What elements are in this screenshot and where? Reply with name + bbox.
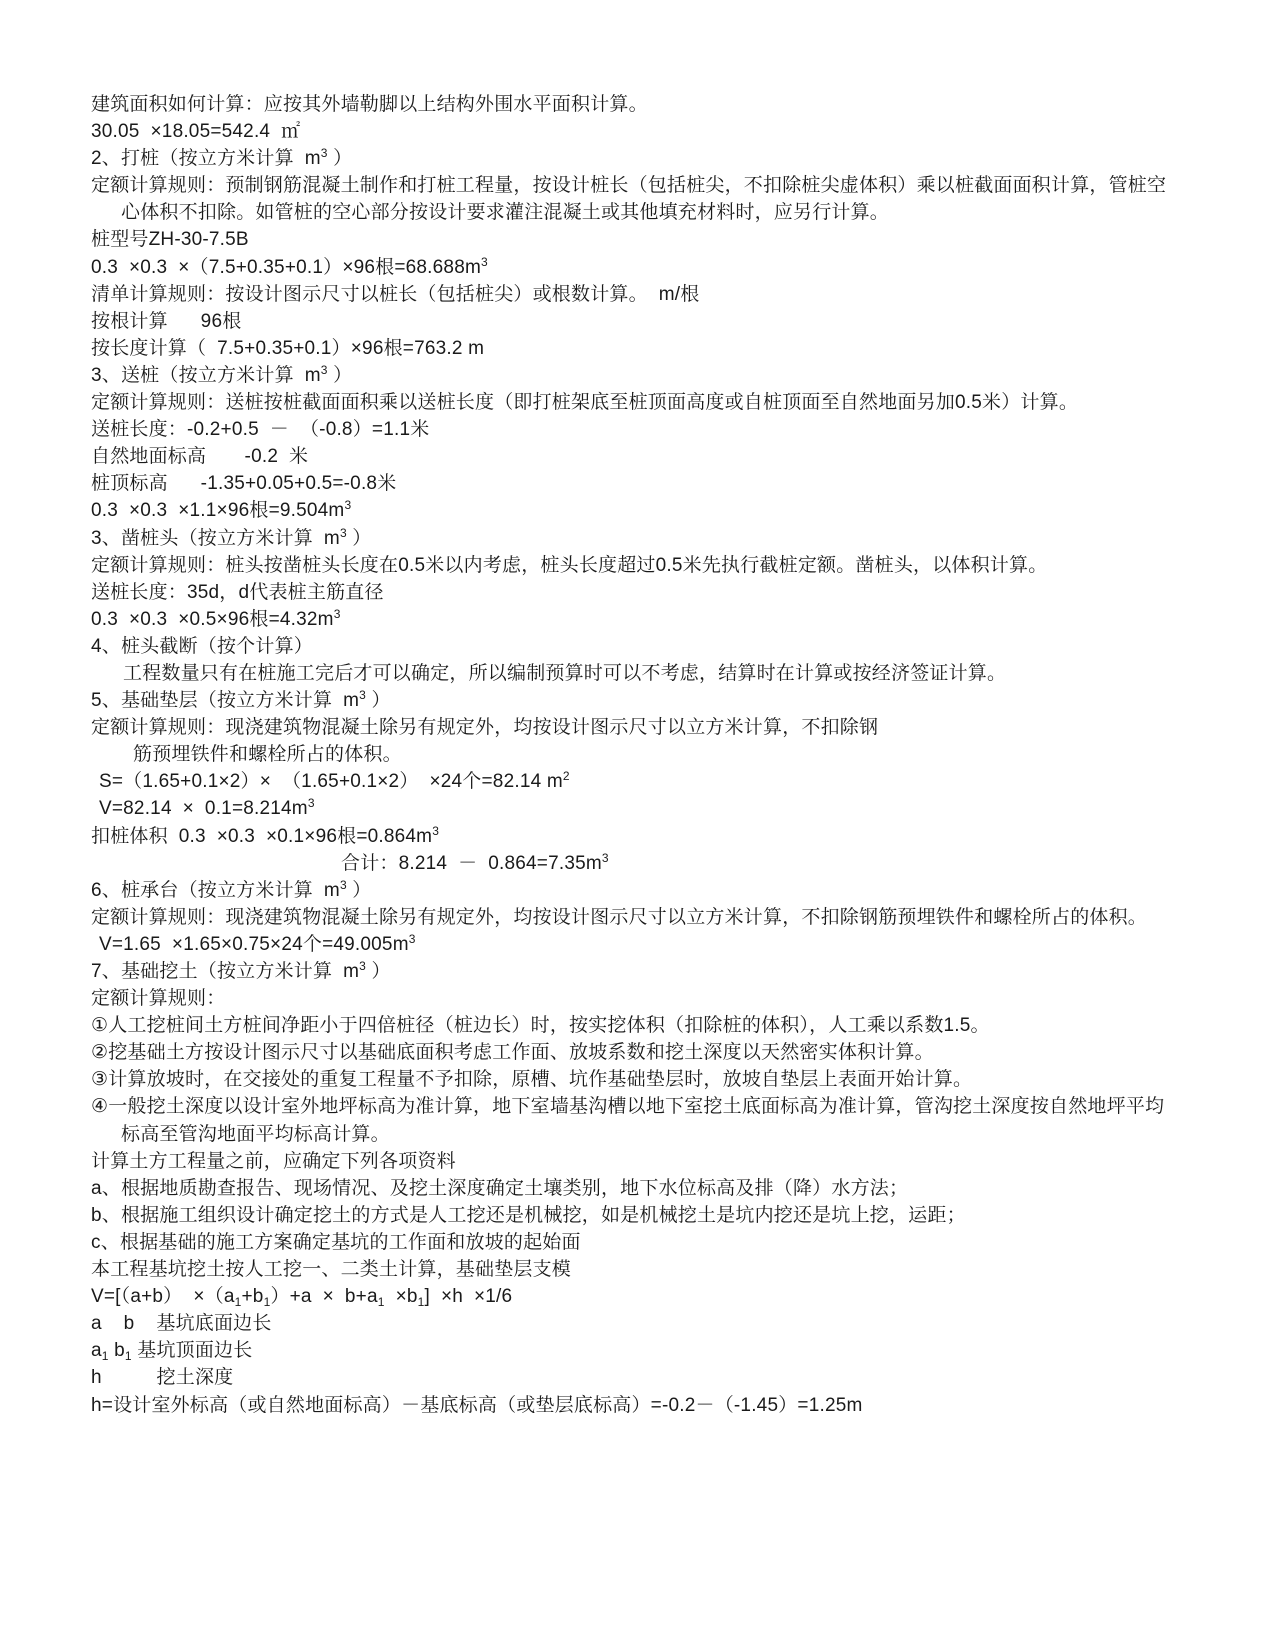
- heading-text: ）: [347, 880, 372, 901]
- bill-rule: 清单计算规则：按设计图示尺寸以桩长（包括桩尖）或根数计算。 m/根: [91, 281, 1181, 308]
- section-2-heading: 2、打桩（按立方米计算 m3 ）: [91, 145, 1181, 172]
- pit-volume-formula: V=[（a+b） ×（a1+b1）+a × b+a1 ×b1] ×h ×1/6: [91, 1283, 1181, 1310]
- formula-text: ）+a × b+a: [270, 1286, 377, 1307]
- formula-text: 0.3 ×0.3 ×0.5×96根=4.32m: [91, 609, 334, 630]
- formula-text: 合计：8.214 － 0.864=7.35m: [341, 853, 602, 874]
- formula-text: b: [109, 1340, 125, 1361]
- natural-ground-elevation: 自然地面标高 -0.2 米: [91, 443, 1181, 470]
- superscript: 3: [602, 851, 609, 865]
- chisel-length: 送桩长度：35d，d代表桩主筋直径: [91, 579, 1181, 606]
- count-by-length: 按长度计算（ 7.5+0.35+0.1）×96根=763.2 m: [91, 335, 1181, 362]
- superscript: 3: [359, 688, 366, 702]
- superscript: 3: [321, 363, 328, 377]
- project-excavation-note: 本工程基坑挖土按人工挖一、二类土计算，基础垫层支模: [91, 1256, 1181, 1283]
- superscript: 3: [481, 255, 488, 269]
- formula-text: 0.3 ×0.3 ×（7.5+0.35+0.1）×96根=68.688m: [91, 257, 481, 278]
- document-page: 建筑面积如何计算：应按其外墙勒脚以上结构外围水平面积计算。 30.05 ×18.…: [91, 91, 1181, 1419]
- sending-pile-volume: 0.3 ×0.3 ×1.1×96根=9.504m3: [91, 497, 1181, 524]
- heading-text: 3、送桩（按立方米计算 m: [91, 365, 321, 386]
- prerequisite-b: b、根据施工组织设计确定挖土的方式是人工挖还是机械挖，如是机械挖土是坑内挖还是坑…: [91, 1202, 1181, 1229]
- building-area-formula: 30.05 ×18.05=542.4 ㎡: [91, 118, 1181, 145]
- formula-text: 基坑顶面边长: [132, 1340, 253, 1361]
- heading-text: 2、打桩（按立方米计算 m: [91, 148, 321, 169]
- superscript: 3: [409, 932, 416, 946]
- formula-text: V=[（a+b） ×（a: [91, 1286, 235, 1307]
- section-7-quota-rule-label: 定额计算规则：: [91, 985, 1181, 1012]
- rule-item-3: ③计算放坡时，在交接处的重复工程量不予扣除，原槽、坑作基础垫层时，放坡自垫层上表…: [91, 1066, 1181, 1093]
- pile-model: 桩型号ZH-30-7.5B: [91, 226, 1181, 253]
- excavation-depth-formula: h=设计室外标高（或自然地面标高）－基底标高（或垫层底标高）=-0.2－（-1.…: [91, 1392, 1181, 1419]
- heading-text: ）: [366, 961, 391, 982]
- section-3-quota-rule: 定额计算规则：送桩按桩截面面积乘以送桩长度（即打桩架底至桩顶面高度或自桩顶面至自…: [91, 389, 1181, 416]
- deduct-pile-volume: 扣桩体积 0.3 ×0.3 ×0.1×96根=0.864m3: [91, 823, 1181, 850]
- superscript: 3: [308, 796, 315, 810]
- rule-item-1: ①人工挖桩间土方桩间净距小于四倍桩径（桩边长）时，按实挖体积（扣除桩的体积），人…: [91, 1012, 1181, 1039]
- section-3-heading: 3、送桩（按立方米计算 m3 ）: [91, 362, 1181, 389]
- count-by-piece: 按根计算 96根: [91, 308, 1181, 335]
- superscript: 3: [340, 526, 347, 540]
- building-area-heading: 建筑面积如何计算：应按其外墙勒脚以上结构外围水平面积计算。: [91, 91, 1181, 118]
- prerequisite-a: a、根据地质勘查报告、现场情况、及挖土深度确定土壤类别，地下水位标高及排（降）水…: [91, 1175, 1181, 1202]
- section-6-heading: 6、桩承台（按立方米计算 m3 ）: [91, 877, 1181, 904]
- formula-text: +b: [241, 1286, 263, 1307]
- variable-h-definition: h 挖土深度: [91, 1364, 1181, 1391]
- cushion-area-formula: S=（1.65+0.1×2）× （1.65+0.1×2） ×24个=82.14 …: [91, 768, 1181, 795]
- heading-text: 3、凿桩头（按立方米计算 m: [91, 528, 340, 549]
- prerequisite-c: c、根据基础的施工方案确定基坑的工作面和放坡的起始面: [91, 1229, 1181, 1256]
- superscript: 3: [321, 146, 328, 160]
- superscript: 3: [359, 959, 366, 973]
- section-5-quota-rule-cont: 筋预埋铁件和螺栓所占的体积。: [91, 741, 1181, 768]
- subscript: 1: [125, 1349, 132, 1363]
- cushion-volume-formula: V=82.14 × 0.1=8.214m3: [91, 795, 1181, 822]
- pile-cap-volume: V=1.65 ×1.65×0.75×24个=49.005m3: [91, 931, 1181, 958]
- cushion-total: 合计：8.214 － 0.864=7.35m3: [91, 850, 1181, 877]
- subscript: 1: [102, 1349, 109, 1363]
- pile-top-elevation: 桩顶标高 -1.35+0.05+0.5=-0.8米: [91, 470, 1181, 497]
- superscript: 2: [563, 769, 570, 783]
- variable-ab-definition: a b 基坑底面边长: [91, 1310, 1181, 1337]
- heading-text: ）: [347, 528, 372, 549]
- sending-pile-length: 送桩长度：-0.2+0.5 － （-0.8）=1.1米: [91, 416, 1181, 443]
- variable-a1b1-definition: a1 b1 基坑顶面边长: [91, 1337, 1181, 1364]
- heading-text: ）: [328, 148, 353, 169]
- heading-text: 7、基础挖土（按立方米计算 m: [91, 961, 359, 982]
- chisel-pile-head-heading: 3、凿桩头（按立方米计算 m3 ）: [91, 525, 1181, 552]
- formula-text: V=82.14 × 0.1=8.214m: [99, 798, 308, 819]
- section-2-quota-rule: 定额计算规则：预制钢筋混凝土制作和打桩工程量，按设计桩长（包括桩尖，不扣除桩尖虚…: [91, 172, 1181, 226]
- formula-text: a: [91, 1340, 102, 1361]
- formula-text: S=（1.65+0.1×2）× （1.65+0.1×2） ×24个=82.14 …: [99, 771, 563, 792]
- section-7-heading: 7、基础挖土（按立方米计算 m3 ）: [91, 958, 1181, 985]
- rule-item-2: ②挖基础土方按设计图示尺寸以基础底面积考虑工作面、放坡系数和挖土深度以天然密实体…: [91, 1039, 1181, 1066]
- chisel-volume: 0.3 ×0.3 ×0.5×96根=4.32m3: [91, 606, 1181, 633]
- rule-item-4: ④一般挖土深度以设计室外地坪标高为准计算，地下室墙基沟槽以地下室挖土底面标高为准…: [91, 1093, 1181, 1147]
- formula-text: 扣桩体积 0.3 ×0.3 ×0.1×96根=0.864m: [91, 826, 432, 847]
- formula-text: V=1.65 ×1.65×0.75×24个=49.005m: [99, 934, 409, 955]
- section-4-note: 工程数量只有在桩施工完后才可以确定，所以编制预算时可以不考虑，结算时在计算或按经…: [91, 660, 1181, 687]
- formula-text: ] ×h ×1/6: [425, 1286, 513, 1307]
- heading-text: ）: [328, 365, 353, 386]
- chisel-quota-rule: 定额计算规则：桩头按凿桩头长度在0.5米以内考虑，桩头长度超过0.5米先执行截桩…: [91, 552, 1181, 579]
- heading-text: 6、桩承台（按立方米计算 m: [91, 880, 340, 901]
- formula-text: 0.3 ×0.3 ×1.1×96根=9.504m: [91, 500, 344, 521]
- section-5-heading: 5、基础垫层（按立方米计算 m3 ）: [91, 687, 1181, 714]
- superscript: 3: [344, 498, 351, 512]
- subscript: 1: [378, 1295, 385, 1309]
- formula-text: ×b: [385, 1286, 418, 1307]
- heading-text: ）: [366, 690, 391, 711]
- superscript: 3: [334, 607, 341, 621]
- section-4-heading: 4、桩头截断（按个计算）: [91, 633, 1181, 660]
- pile-volume-formula: 0.3 ×0.3 ×（7.5+0.35+0.1）×96根=68.688m3: [91, 254, 1181, 281]
- section-6-quota-rule: 定额计算规则：现浇建筑物混凝土除另有规定外，均按设计图示尺寸以立方米计算，不扣除…: [91, 904, 1181, 931]
- heading-text: 5、基础垫层（按立方米计算 m: [91, 690, 359, 711]
- superscript: 3: [432, 824, 439, 838]
- subscript: 1: [418, 1295, 425, 1309]
- superscript: 3: [340, 878, 347, 892]
- section-5-quota-rule: 定额计算规则：现浇建筑物混凝土除另有规定外，均按设计图示尺寸以立方米计算，不扣除…: [91, 714, 1181, 741]
- prerequisites-intro: 计算土方工程量之前，应确定下列各项资料: [91, 1148, 1181, 1175]
